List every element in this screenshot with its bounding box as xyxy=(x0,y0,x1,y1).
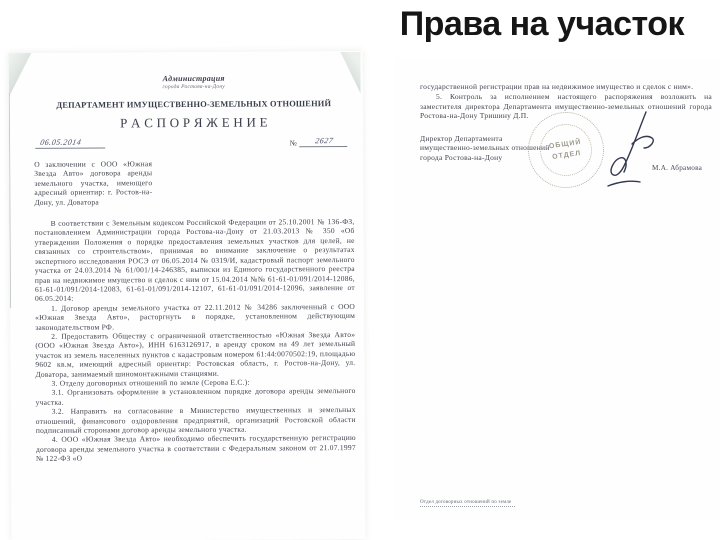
slide-canvas: { "slide": { "title": "Права на участок"… xyxy=(0,0,720,540)
footer-note: Отдел договорных отношений по земле xyxy=(420,500,515,507)
scanned-document-left-page: Администрация города Ростова-на-Дону ДЕП… xyxy=(9,51,366,540)
body-paragraph: 3.1. Организовать оформление в установле… xyxy=(36,386,356,407)
body-paragraph: 4. ООО «Южная Звезда Авто» необходимо об… xyxy=(36,433,356,463)
body-paragraph: В соответствии с Земельным кодексом Росс… xyxy=(35,217,356,304)
body-paragraph: 2. Предоставить Обществу с ограниченной … xyxy=(35,330,355,379)
scanned-document-right-page: государственной регистрации прав на недв… xyxy=(394,58,720,520)
document-body: В соответствии с Земельным кодексом Росс… xyxy=(35,217,356,464)
body-paragraph: 3.2. Направить на согласование в Министе… xyxy=(36,405,356,435)
date-and-number-row: 06.05.2014 № 2627 xyxy=(34,136,354,149)
handwritten-date: 06.05.2014 xyxy=(35,137,107,149)
signer-name: М.А. Абрамова xyxy=(652,164,702,173)
signature-block: Директор Департамента имущественно-земел… xyxy=(420,134,712,254)
document-subject: О заключении с ООО «Южная Звезда Авто» д… xyxy=(34,159,152,207)
document-letterhead: Администрация города Ростова-на-Дону xyxy=(34,73,354,94)
body-paragraph: 1. Договор аренды земельного участка от … xyxy=(35,302,355,332)
slide-title: Права на участок xyxy=(400,5,684,44)
letterhead-city: города Ростова-на-Дону xyxy=(34,82,354,93)
document-type-heading: Р А С П О Р Я Ж Е Н И Е xyxy=(34,117,354,128)
signature-scribble-icon xyxy=(588,104,668,194)
number-label: № xyxy=(290,138,297,147)
handwritten-number: 2627 xyxy=(299,136,349,148)
department-title: ДЕПАРТАМЕНТ ИМУЩЕСТВЕННО-ЗЕМЕЛЬНЫХ ОТНОШ… xyxy=(34,99,354,110)
body-paragraph: государственной регистрации прав на недв… xyxy=(420,82,712,91)
page-edge-line xyxy=(9,93,11,308)
